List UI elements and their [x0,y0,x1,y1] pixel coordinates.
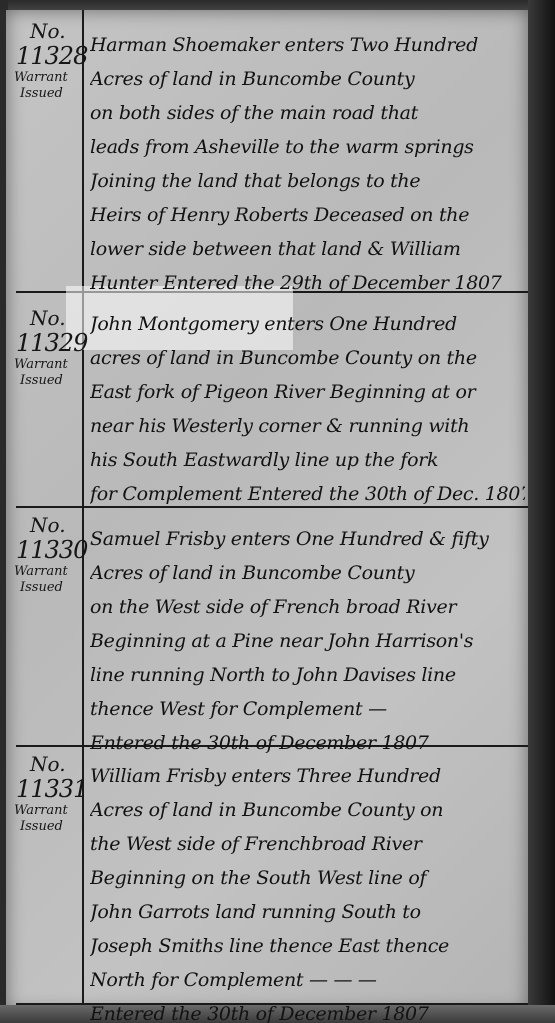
entry-number: 11328 [12,42,80,70]
entry-status-issued: Issued [12,373,80,389]
entry-line: leads from Asheville to the warm springs [90,130,525,164]
entry-line: John Garrots land running South to [90,895,525,929]
entry-line: Beginning at a Pine near John Harrison's [90,624,525,658]
entry-line: Acres of land in Buncombe County [90,62,525,96]
entry-status-warrant: Warrant [12,564,80,580]
entry-status-issued: Issued [12,86,80,102]
entry-line: North for Complement — — — [90,963,525,997]
entry-line: for Complement Entered the 30th of Dec. … [90,477,525,511]
entry-line: Entered the 30th of December 1807 [90,997,525,1023]
entry-line: Acres of land in Buncombe County on [90,793,525,827]
entry-text: Harman Shoemaker enters Two Hundred Acre… [90,28,525,300]
entry-status-warrant: Warrant [12,803,80,819]
entry-no-label: No. [12,753,80,775]
page-right-edge [528,0,555,1023]
entry-margin: No. 11329 Warrant Issued [12,307,80,389]
entry-status-issued: Issued [12,819,80,835]
entry-line: his South Eastwardly line up the fork [90,443,525,477]
entry-line: thence West for Complement — [90,692,525,726]
entry-line: Joining the land that belongs to the [90,164,525,198]
entry-line: East fork of Pigeon River Beginning at o… [90,375,525,409]
entry-status-warrant: Warrant [12,357,80,373]
entry-status-issued: Issued [12,580,80,596]
entry-text: Samuel Frisby enters One Hundred & fifty… [90,522,525,760]
entry-margin: No. 11331 Warrant Issued [12,753,80,835]
entry-number: 11329 [12,329,80,357]
entry-line: Beginning on the South West line of [90,861,525,895]
entry-no-label: No. [12,307,80,329]
entry-line: Acres of land in Buncombe County [90,556,525,590]
entry-text: John Montgomery enters One Hundred acres… [90,307,525,511]
entry-number: 11330 [12,536,80,564]
entry-line: on both sides of the main road that [90,96,525,130]
entry-no-label: No. [12,514,80,536]
entry-margin: No. 11328 Warrant Issued [12,20,80,102]
entry-line: Harman Shoemaker enters Two Hundred [90,28,525,62]
entry-line: Entered the 30th of December 1807 [90,726,525,760]
entry-line: Hunter Entered the 29th of December 1807 [90,266,525,300]
entry-line: the West side of Frenchbroad River [90,827,525,861]
entry-line: acres of land in Buncombe County on the [90,341,525,375]
entry-line: lower side between that land & William [90,232,525,266]
entry-line: Heirs of Henry Roberts Deceased on the [90,198,525,232]
entry-line: William Frisby enters Three Hundred [90,759,525,793]
entry-text: William Frisby enters Three Hundred Acre… [90,759,525,1023]
entry-line: on the West side of French broad River [90,590,525,624]
entry-number: 11331 [12,775,80,803]
entry-line: Samuel Frisby enters One Hundred & fifty [90,522,525,556]
entry-line: line running North to John Davises line [90,658,525,692]
entry-line: near his Westerly corner & running with [90,409,525,443]
entry-line: Joseph Smiths line thence East thence [90,929,525,963]
entry-status-warrant: Warrant [12,70,80,86]
entry-no-label: No. [12,20,80,42]
entry-margin: No. 11330 Warrant Issued [12,514,80,596]
entry-line: John Montgomery enters One Hundred [90,307,525,341]
